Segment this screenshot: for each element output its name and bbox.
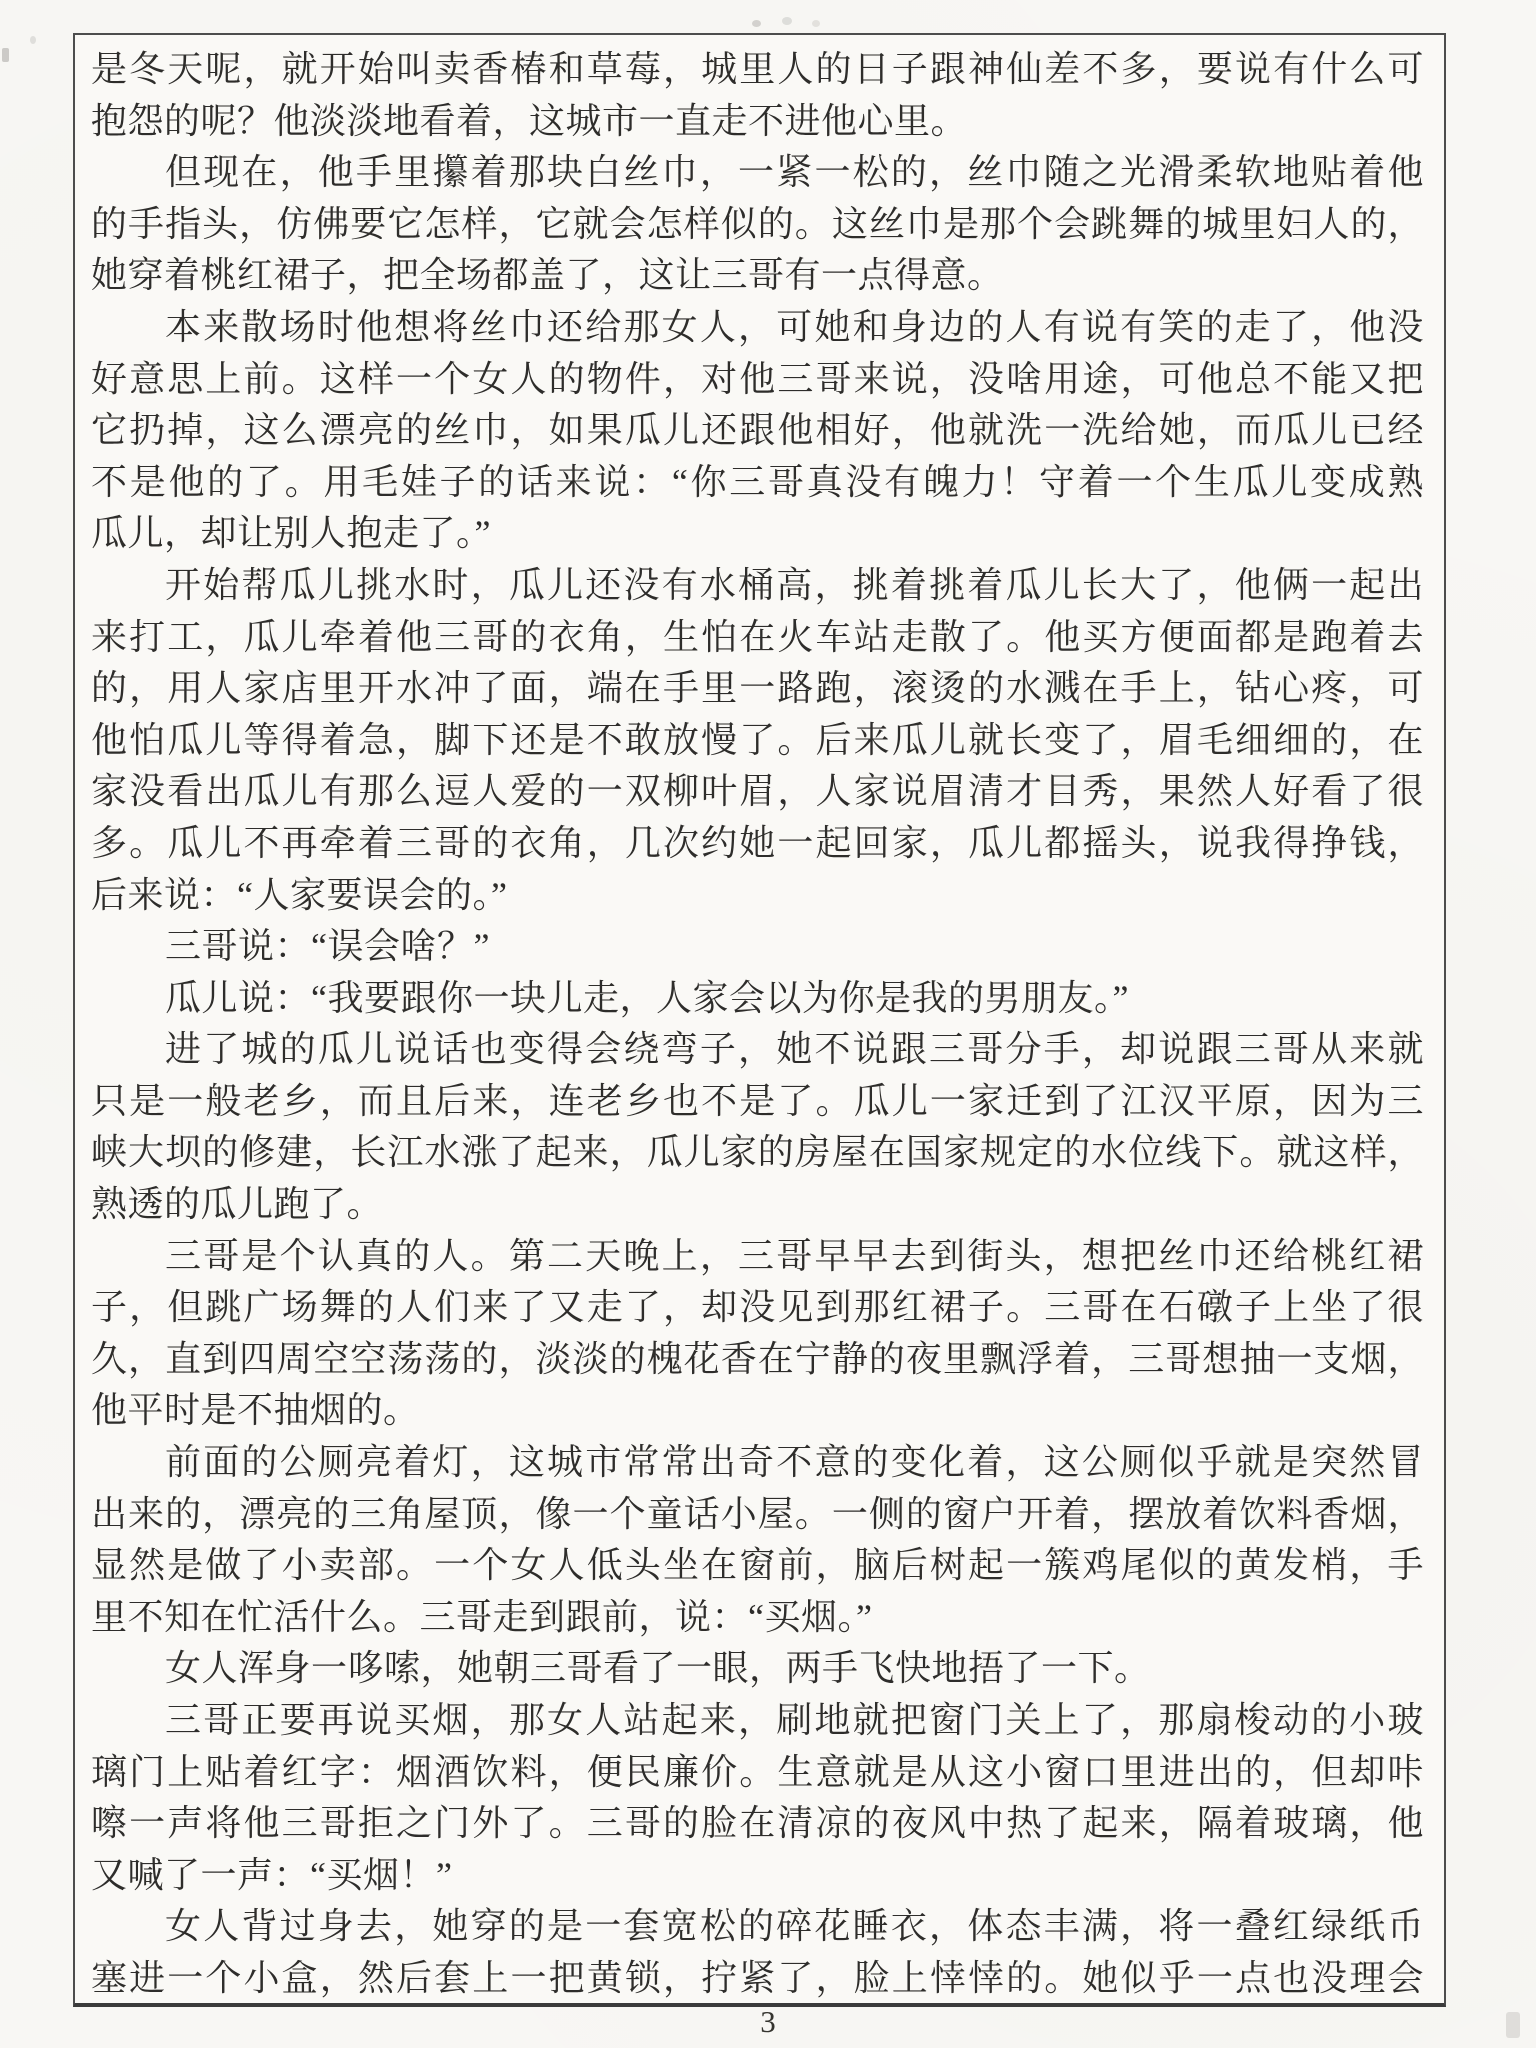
text-line: 不是他的了。用毛娃子的话来说：“你三哥真没有魄力！守着一个生瓜儿变成熟 bbox=[91, 457, 1424, 509]
text-line: 进了城的瓜儿说话也变得会绕弯子，她不说跟三哥分手，却说跟三哥从来就 bbox=[91, 1024, 1424, 1076]
scan-artifact-edge bbox=[2, 48, 9, 62]
text-line: 女人背过身去，她穿的是一套宽松的碎花睡衣，体态丰满，将一叠红绿纸币 bbox=[91, 1901, 1424, 1953]
text-line: 她穿着桃红裙子，把全场都盖了，这让三哥有一点得意。 bbox=[91, 250, 1424, 302]
text-line: 出来的，漂亮的三角屋顶，像一个童话小屋。一侧的窗户开着，摆放着饮料香烟， bbox=[91, 1489, 1424, 1541]
text-line: 峡大坝的修建，长江水涨了起来，瓜儿家的房屋在国家规定的水位线下。就这样， bbox=[91, 1127, 1424, 1179]
text-line: 女人浑身一哆嗦，她朝三哥看了一眼，两手飞快地捂了一下。 bbox=[91, 1643, 1424, 1695]
text-line: 前面的公厕亮着灯，这城市常常出奇不意的变化着，这公厕似乎就是突然冒 bbox=[91, 1437, 1424, 1489]
text-line: 是冬天呢，就开始叫卖香椿和草莓，城里人的日子跟神仙差不多，要说有什么可 bbox=[91, 44, 1424, 96]
scan-artifact-edge bbox=[30, 36, 36, 44]
text-line: 的，用人家店里开水冲了面，端在手里一路跑，滚烫的水溅在手上，钻心疼，可 bbox=[91, 663, 1424, 715]
text-line: 璃门上贴着红字：烟酒饮料，便民廉价。生意就是从这小窗口里进出的，但却咔 bbox=[91, 1747, 1424, 1799]
text-line: 子，但跳广场舞的人们来了又走了，却没见到那红裙子。三哥在石礅子上坐了很 bbox=[91, 1282, 1424, 1334]
text-line: 嚓一声将他三哥拒之门外了。三哥的脸在清凉的夜风中热了起来，隔着玻璃，他 bbox=[91, 1798, 1424, 1850]
text-line: 三哥正要再说买烟，那女人站起来，刷地就把窗门关上了，那扇梭动的小玻 bbox=[91, 1695, 1424, 1747]
text-line: 瓜儿说：“我要跟你一块儿走，人家会以为你是我的男朋友。” bbox=[91, 973, 1424, 1025]
text-line: 三哥说：“误会啥？” bbox=[91, 921, 1424, 973]
text-line: 多。瓜儿不再牵着三哥的衣角，几次约她一起回家，瓜儿都摇头，说我得挣钱， bbox=[91, 818, 1424, 870]
text-line: 他平时是不抽烟的。 bbox=[91, 1385, 1424, 1437]
text-line: 后来说：“人家要误会的。” bbox=[91, 870, 1424, 922]
text-line: 家没看出瓜儿有那么逗人爱的一双柳叶眉，人家说眉清才目秀，果然人好看了很 bbox=[91, 766, 1424, 818]
text-line: 显然是做了小卖部。一个女人低头坐在窗前，脑后树起一簇鸡尾似的黄发梢，手 bbox=[91, 1540, 1424, 1592]
text-line: 塞进一个小盒，然后套上一把黄锁，拧紧了，脸上悻悻的。她似乎一点也没理会 bbox=[91, 1953, 1424, 2005]
text-line: 抱怨的呢？他淡淡地看着，这城市一直走不进他心里。 bbox=[91, 96, 1424, 148]
text-line: 来打工，瓜儿牵着他三哥的衣角，生怕在火车站走散了。他买方便面都是跑着去 bbox=[91, 612, 1424, 664]
scan-artifact-dot bbox=[782, 17, 792, 25]
text-line: 里不知在忙活什么。三哥走到跟前，说：“买烟。” bbox=[91, 1592, 1424, 1644]
text-line: 它扔掉，这么漂亮的丝巾，如果瓜儿还跟他相好，他就洗一洗给她，而瓜儿已经 bbox=[91, 405, 1424, 457]
text-line: 好意思上前。这样一个女人的物件，对他三哥来说，没啥用途，可他总不能又把 bbox=[91, 354, 1424, 406]
scan-artifact-dot bbox=[752, 20, 761, 27]
text-line: 三哥是个认真的人。第二天晚上，三哥早早去到街头，想把丝巾还给桃红裙 bbox=[91, 1231, 1424, 1283]
page-number: 3 bbox=[0, 2004, 1536, 2040]
scan-artifact-dot bbox=[812, 20, 820, 27]
text-line: 又喊了一声：“买烟！” bbox=[91, 1850, 1424, 1902]
text-line: 本来散场时他想将丝巾还给那女人，可她和身边的人有说有笑的走了，他没 bbox=[91, 302, 1424, 354]
text-line: 只是一般老乡，而且后来，连老乡也不是了。瓜儿一家迁到了江汉平原，因为三 bbox=[91, 1076, 1424, 1128]
text-line: 开始帮瓜儿挑水时，瓜儿还没有水桶高，挑着挑着瓜儿长大了，他俩一起出 bbox=[91, 560, 1424, 612]
text-line: 但现在，他手里攥着那块白丝巾，一紧一松的，丝巾随之光滑柔软地贴着他 bbox=[91, 147, 1424, 199]
body-text: 是冬天呢，就开始叫卖香椿和草莓，城里人的日子跟神仙差不多，要说有什么可抱怨的呢？… bbox=[91, 44, 1424, 2005]
text-frame-border: 是冬天呢，就开始叫卖香椿和草莓，城里人的日子跟神仙差不多，要说有什么可抱怨的呢？… bbox=[73, 33, 1446, 2007]
text-line: 的手指头，仿佛要它怎样，它就会怎样似的。这丝巾是那个会跳舞的城里妇人的， bbox=[91, 199, 1424, 251]
text-line: 瓜儿，却让别人抱走了。” bbox=[91, 508, 1424, 560]
text-line: 他怕瓜儿等得着急，脚下还是不敢放慢了。后来瓜儿就长变了，眉毛细细的，在 bbox=[91, 715, 1424, 767]
text-line: 久，直到四周空空荡荡的，淡淡的槐花香在宁静的夜里飘浮着，三哥想抽一支烟， bbox=[91, 1334, 1424, 1386]
scanned-page: 是冬天呢，就开始叫卖香椿和草莓，城里人的日子跟神仙差不多，要说有什么可抱怨的呢？… bbox=[0, 0, 1536, 2048]
text-line: 熟透的瓜儿跑了。 bbox=[91, 1179, 1424, 1231]
